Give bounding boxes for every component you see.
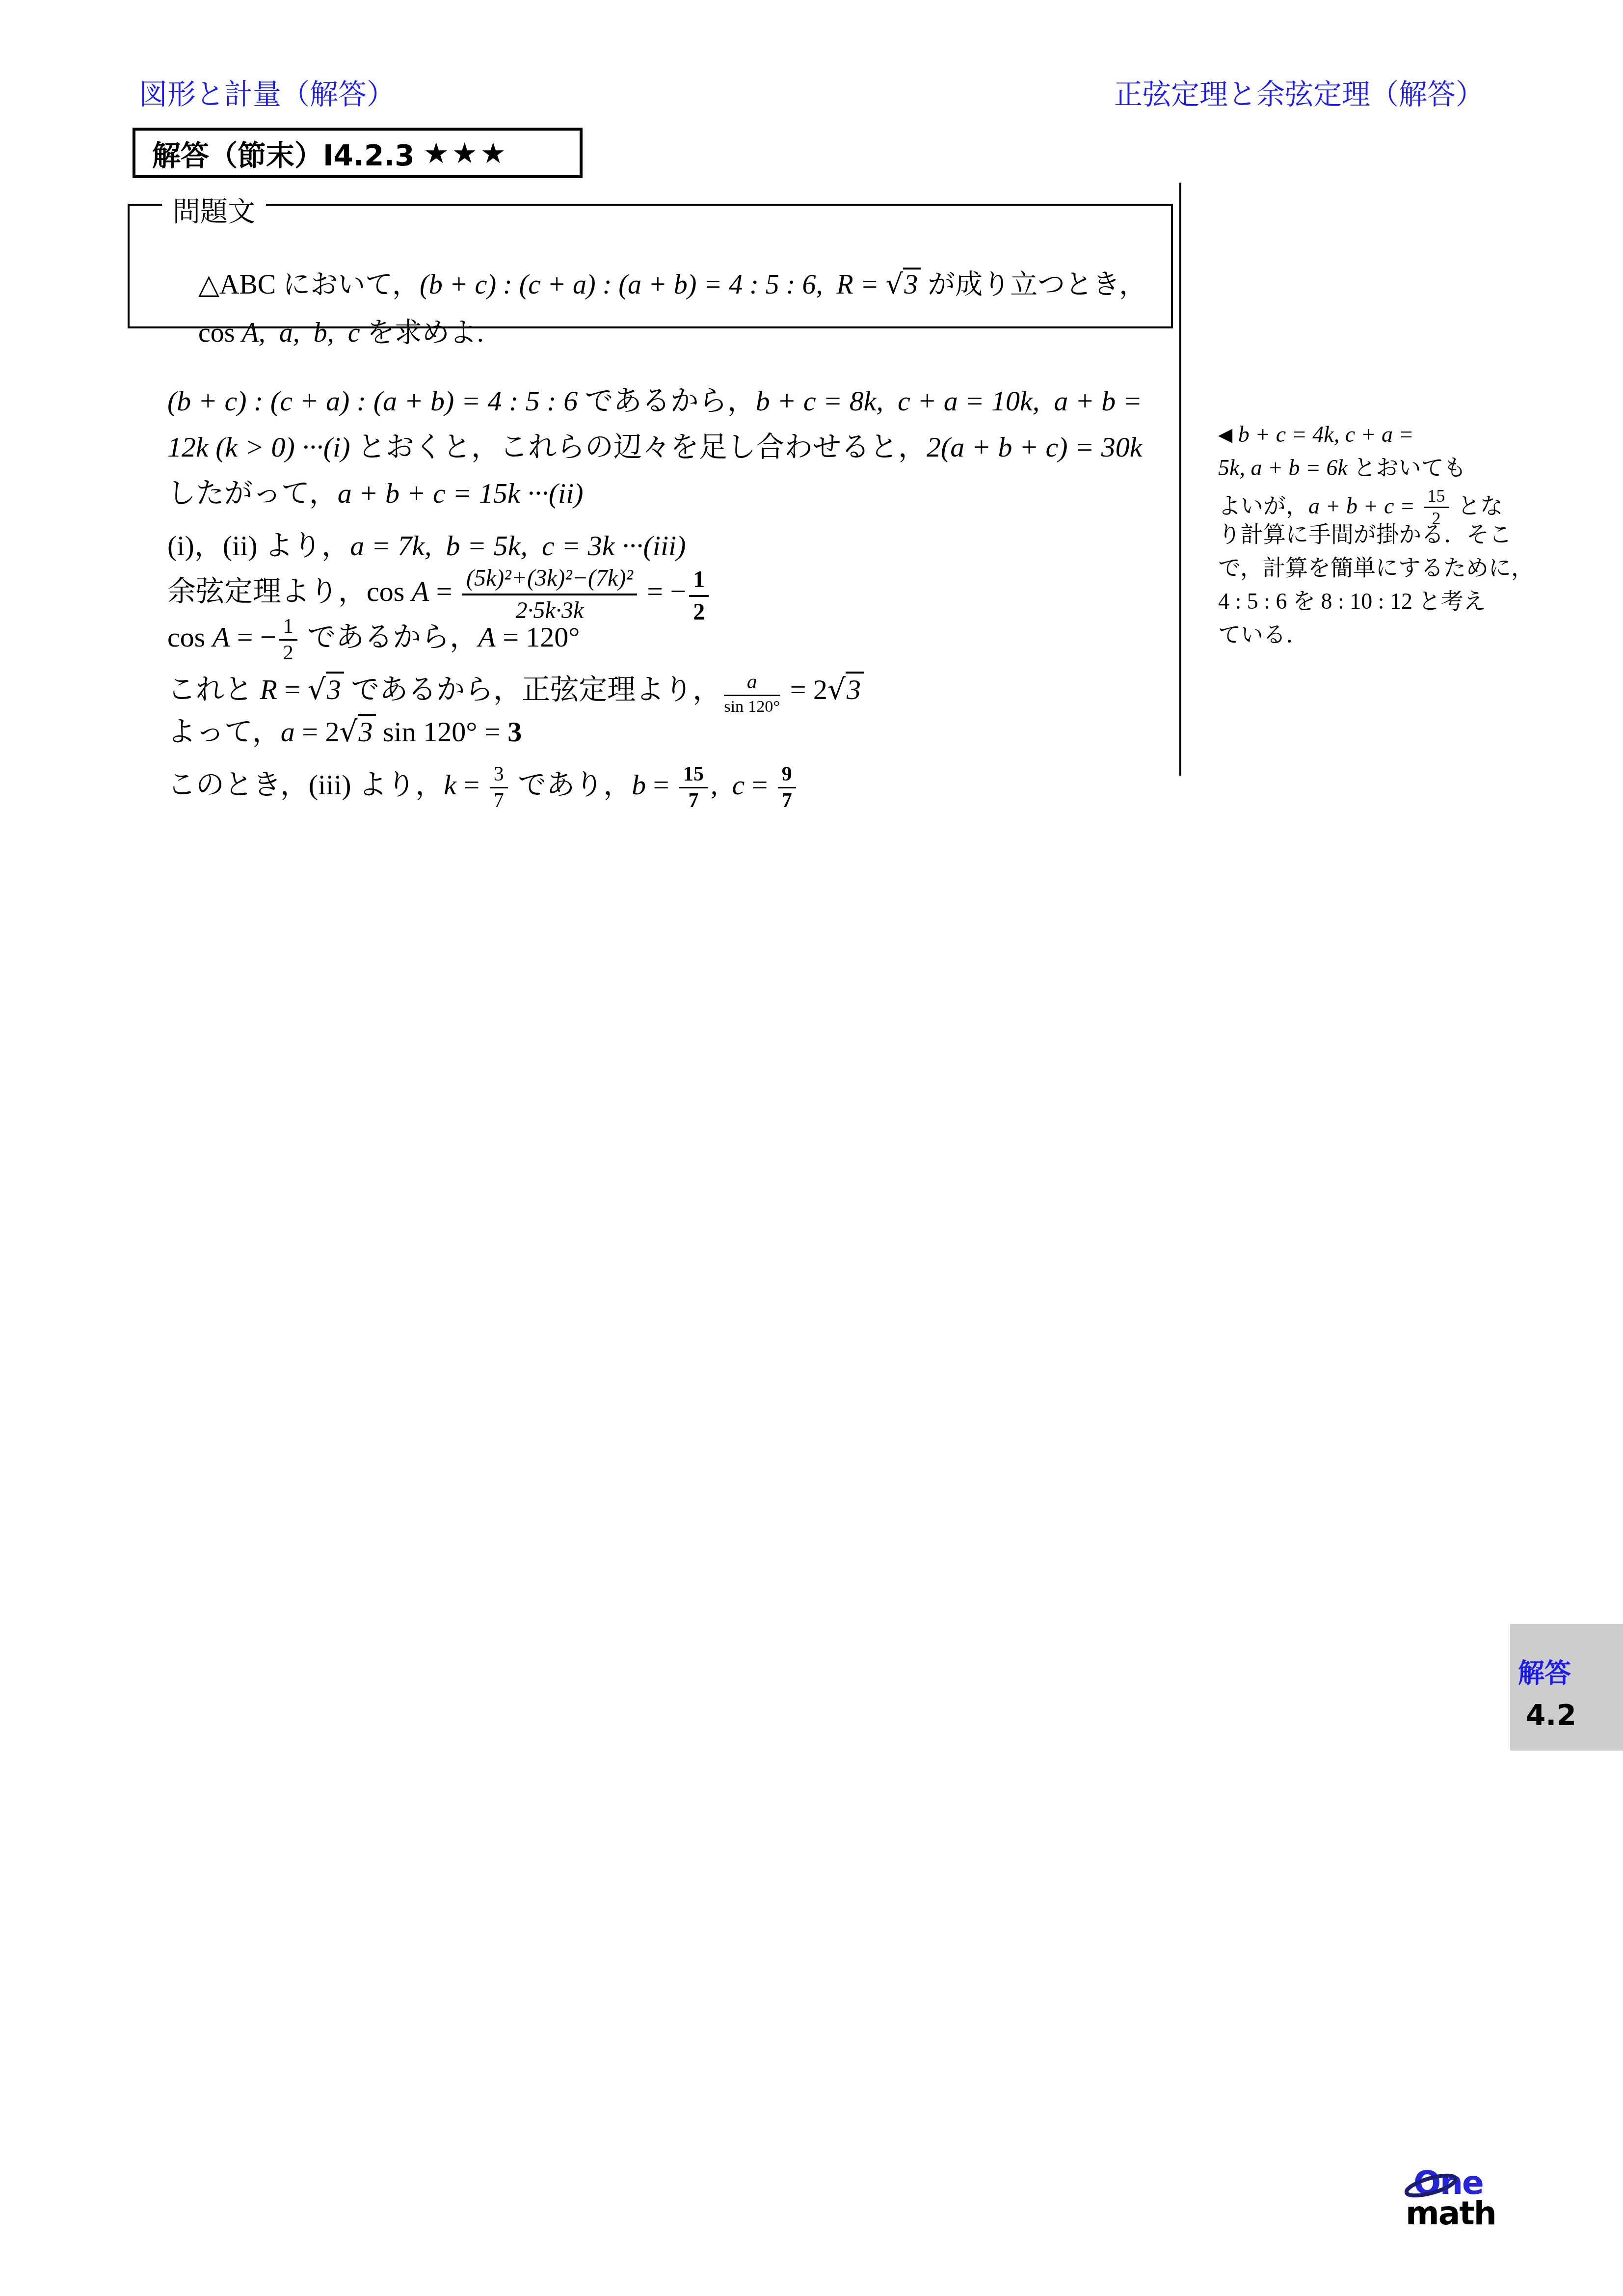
tab-section-number: 4.2	[1526, 1699, 1576, 1732]
sqrt-symbol-icon: √	[885, 269, 903, 300]
header-right-text: 正弦定理と余弦定理（解答）	[1114, 79, 1484, 110]
left-triangle-marker-icon: ◀	[1218, 424, 1232, 445]
tab-label: 解答	[1518, 1652, 1571, 1690]
answer-b-fraction: 157	[679, 763, 708, 812]
problem-label: 問題文	[162, 190, 266, 229]
margin-separator-rule	[1179, 183, 1181, 776]
margin-note: ◀ b + c = 4k, c + a = 5k, a + b = 6k とおい…	[1184, 390, 1503, 624]
answer-c-fraction: 97	[778, 763, 796, 812]
solution-title-box: 解答（節末）I4.2.3 ★★★	[133, 128, 583, 178]
onemath-logo: One math	[1403, 2164, 1525, 2233]
section-page-tab: 解答 4.2	[1510, 1624, 1623, 1751]
sine-rule-fraction: asin 120°	[724, 671, 780, 716]
k-value-fraction: 37	[490, 763, 508, 812]
star-rating-icon: ★★★	[424, 136, 509, 170]
document-page: 図形と計量（解答） 正弦定理と余弦定理（解答） 解答（節末）I4.2.3 ★★★…	[0, 0, 1623, 2296]
margin-note-line-1: ◀ b + c = 4k, c + a =	[1184, 390, 1503, 424]
logo-text-math: math	[1406, 2194, 1496, 2232]
header-left-text: 図形と計量（解答）	[139, 79, 395, 110]
radical-sign: √3	[885, 269, 921, 300]
cosA-result-fraction: 12	[689, 567, 709, 625]
solution-line-9: このとき，(iii) より，k = 37 であり，b = 157, c = 97	[139, 729, 799, 845]
header-right-title: 正弦定理と余弦定理（解答）	[1114, 71, 1484, 112]
radical-sign: √3	[827, 673, 864, 706]
sqrt-symbol-icon: √	[827, 673, 846, 706]
problem-box: 問題文 △ABC において，(b + c) : (c + a) : (a + b…	[128, 204, 1173, 328]
header-left-title: 図形と計量（解答）	[139, 71, 395, 112]
solution-title-label: 解答（節末）I4.2.3	[152, 133, 415, 174]
